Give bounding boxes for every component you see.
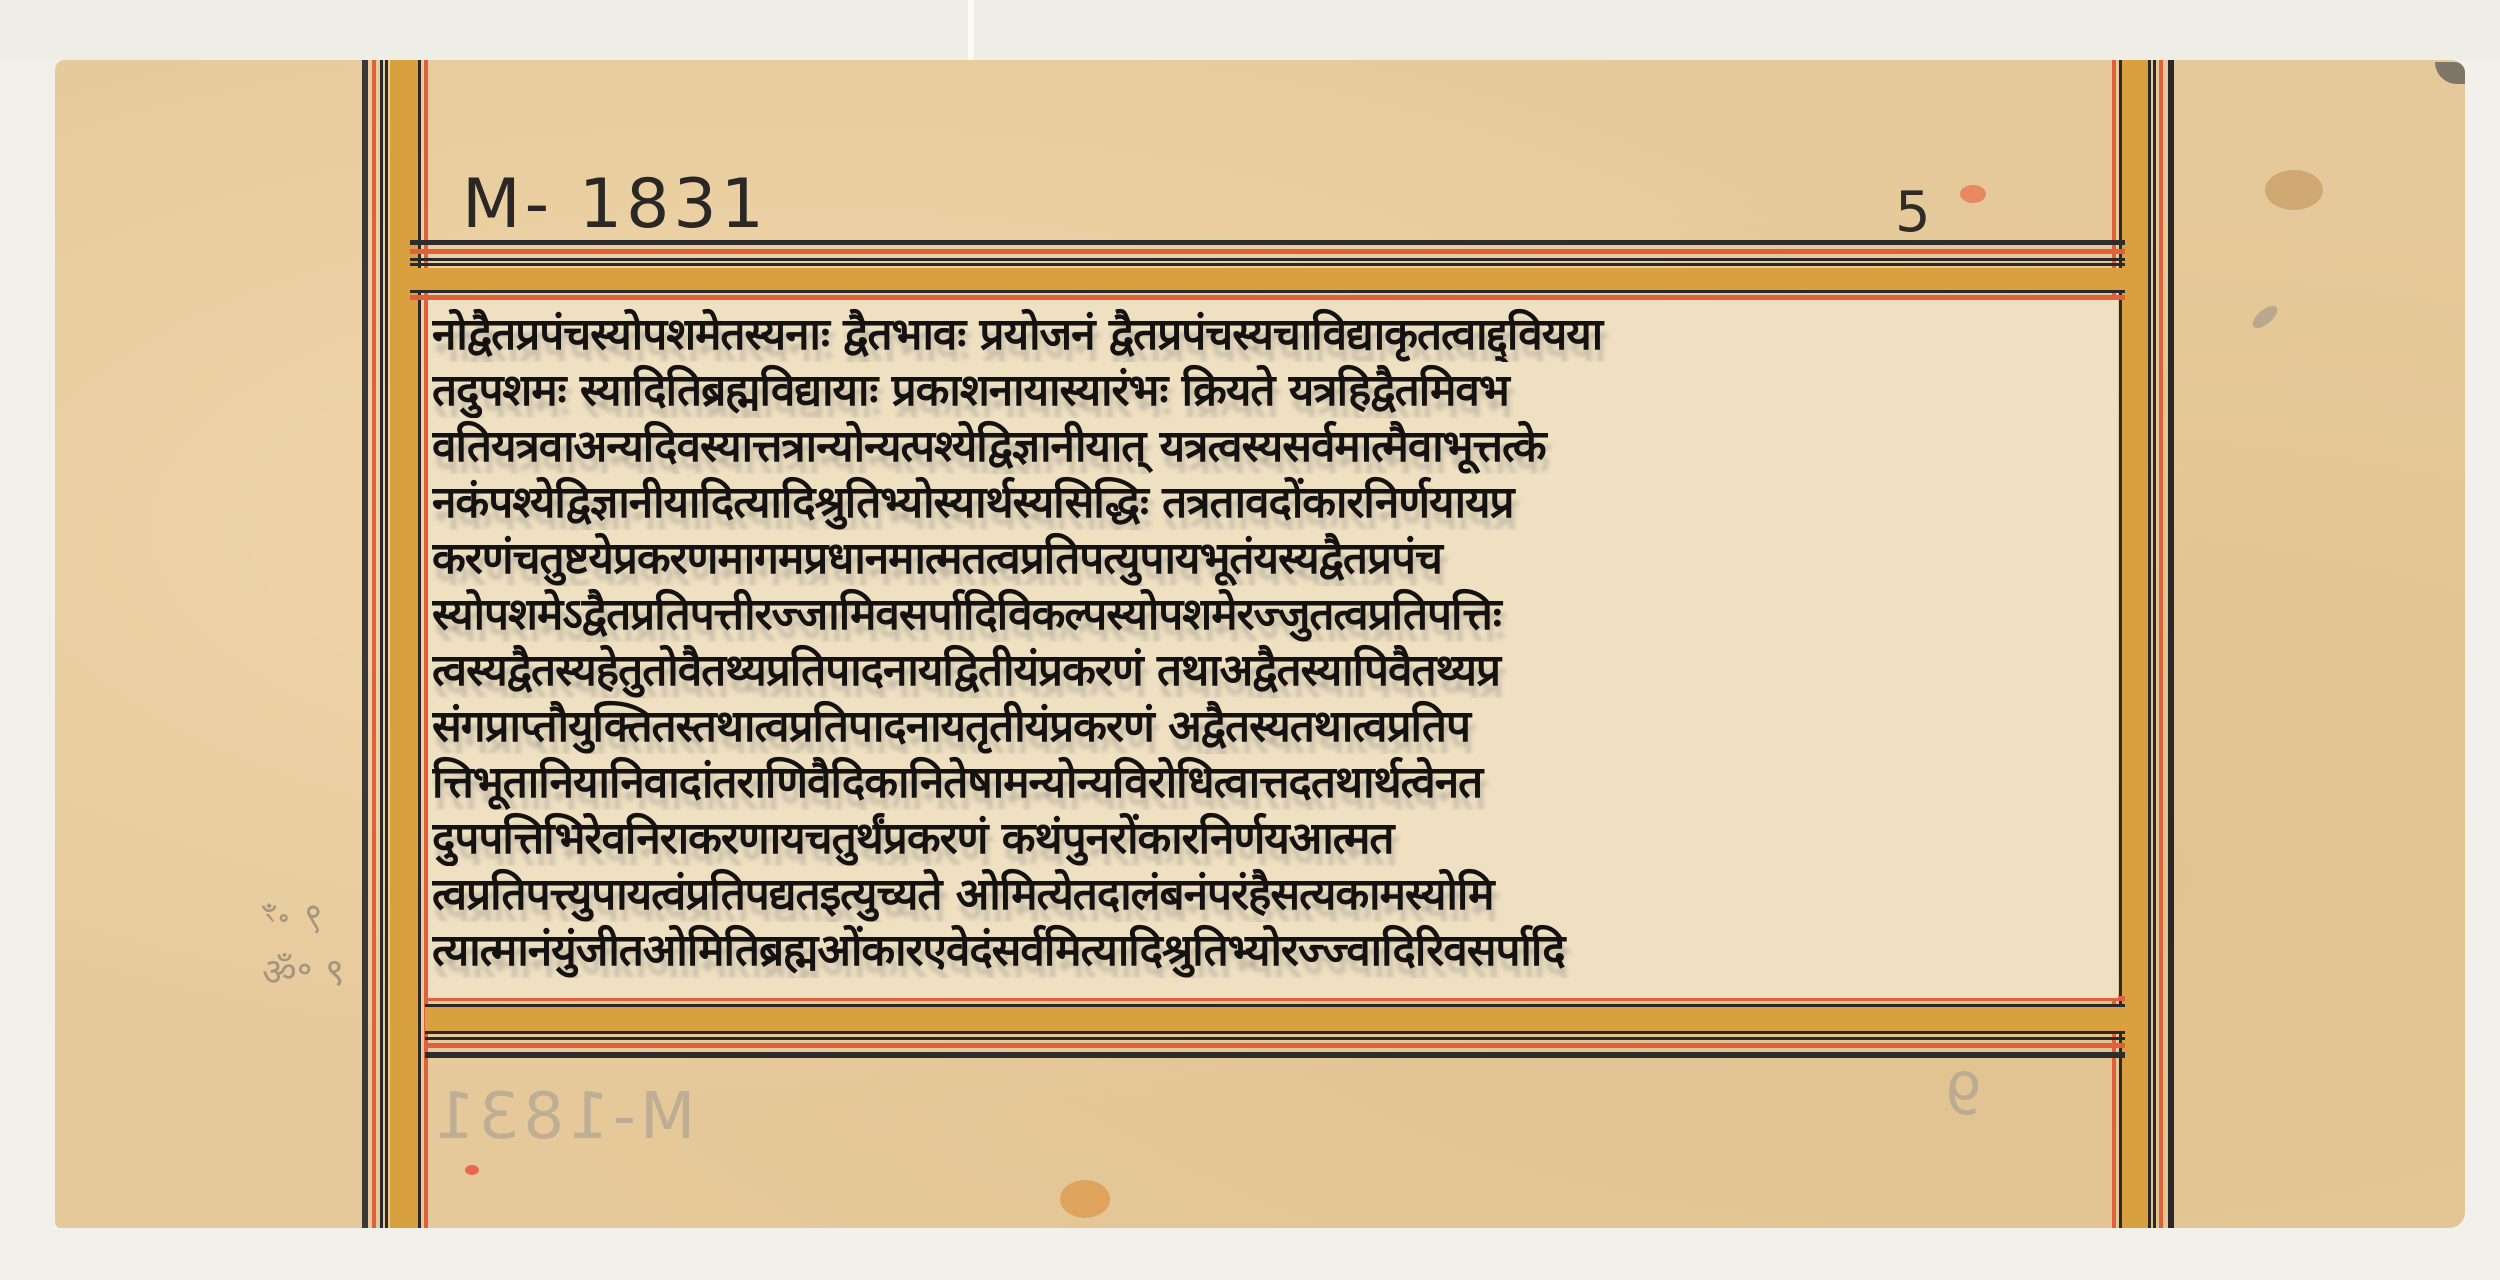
text-line: स्योपशमेऽद्वैतप्रतिपत्तीरज्जामिवसर्पादिव…	[432, 588, 2116, 642]
text-line: वतियत्रवाअन्यदिवस्यात्तत्रान्योन्यत्पश्य…	[432, 420, 2116, 474]
text-line: नकंपश्येद्विज्ञानीयादित्यादिश्रुतिभ्योस्…	[432, 476, 2116, 530]
text-line: दुपपत्तिभिरेवनिराकरणायचतुर्थंप्रकरणं कथं…	[432, 812, 2116, 866]
ghost-folio-id: M-1831	[430, 1080, 695, 1154]
text-line: त्तिभूतानियानिवादांतराणिवैदिकानितेषामन्य…	[432, 756, 2116, 810]
manuscript-text-block: नोद्वैतप्रपंचस्योपशमेतस्यनाः द्वैतभावः प…	[428, 300, 2118, 998]
margin-marks: ꣳ॰ ९ ॐ॰ ९	[262, 888, 345, 1000]
folio-id-label: M- 1831	[462, 165, 768, 244]
text-line: करणंचतुष्टयेप्रकरणमागमप्रधानमात्मतत्वप्र…	[432, 532, 2116, 586]
folio-number: 5	[1895, 180, 1931, 245]
bottom-border	[425, 996, 2125, 1060]
text-line: त्यात्मानंयुंजीतओमितिब्रह्मओंकारएवेदंसर्…	[432, 924, 2116, 978]
text-line: त्वस्यद्वैतस्यहेतुतोवैतथ्यप्रतिपादनायद्व…	[432, 644, 2116, 698]
scan-background	[0, 0, 2500, 60]
text-line: तदुपशमः स्यादितिब्रह्मविद्यायाः प्रकाशना…	[432, 364, 2116, 418]
text-line: संगप्राप्तौयुक्तितस्तथात्वप्रतिपादनायतृत…	[432, 700, 2116, 754]
stain-mark	[465, 1165, 479, 1175]
stain-mark	[2265, 170, 2323, 210]
text-line: त्वप्रतिपत्त्युपायत्वंप्रतिपद्यतइत्युच्य…	[432, 868, 2116, 922]
top-border	[410, 240, 2125, 302]
stain-mark	[1060, 1180, 1110, 1218]
text-line: नोद्वैतप्रपंचस्योपशमेतस्यनाः द्वैतभावः प…	[432, 308, 2116, 362]
stain-mark	[1960, 185, 1986, 203]
ghost-folio-number: 9	[1945, 1060, 1982, 1128]
scan-fold-mark	[968, 0, 974, 62]
